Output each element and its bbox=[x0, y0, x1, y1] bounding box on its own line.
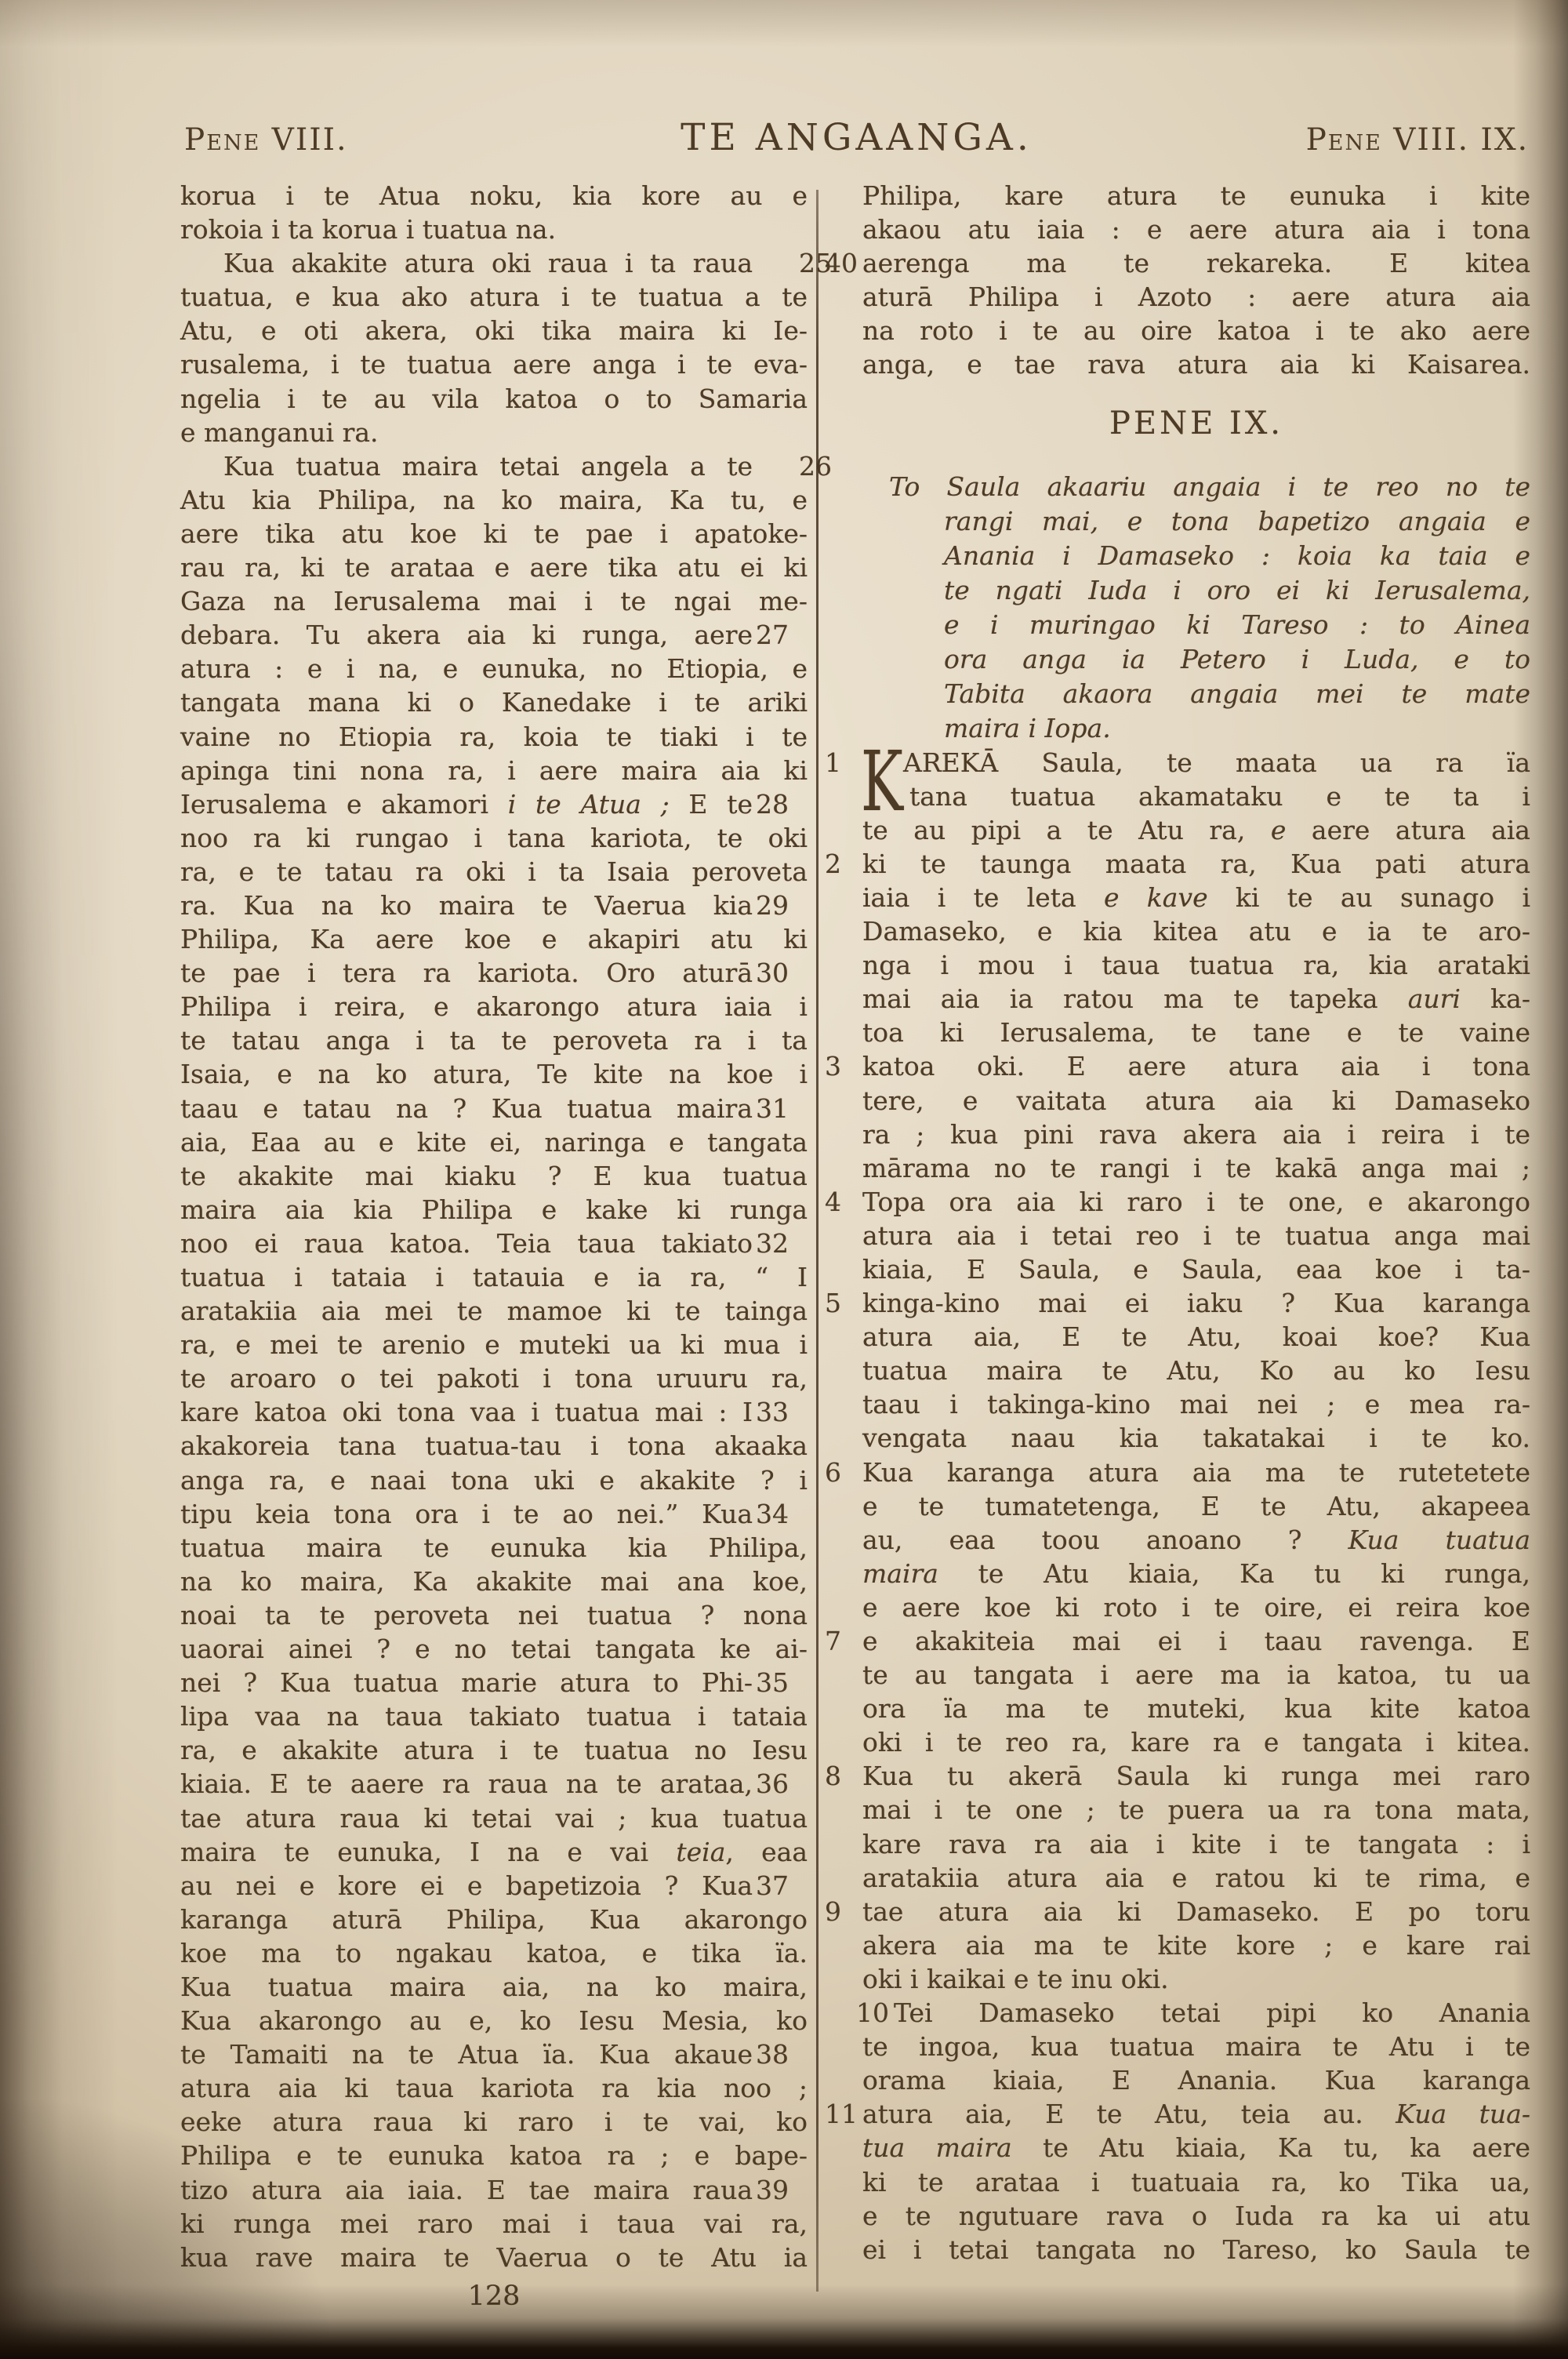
text-line: 30te pae i tera ra kariota. Oro aturā bbox=[180, 956, 808, 990]
text-line: 26Kua tuatua maira tetai angela a te bbox=[180, 449, 808, 483]
text-line: maira aia kia Philipa e kake ki runga bbox=[180, 1193, 808, 1227]
text-line: te akakite mai kiaku ? E kua tuatua bbox=[180, 1159, 808, 1193]
text-line: na ko maira, Ka akakite mai ana koe, bbox=[180, 1565, 808, 1598]
text-line: ora ïa ma te muteki, kua kite katoa bbox=[825, 1692, 1530, 1725]
verse-number: 5 bbox=[825, 1286, 861, 1320]
text-line: 9tae atura aia ki Damaseko. E po toru bbox=[825, 1895, 1530, 1928]
text-line: 3katoa oki. E aere atura aia i tona bbox=[825, 1049, 1530, 1083]
text-line: Philipa, kare atura te eunuka i kite bbox=[825, 179, 1530, 213]
text-line: ra, e te tatau ra oki i ta Isaia perovet… bbox=[180, 855, 808, 889]
text-line: 6Kua karanga atura aia ma te rutetetete bbox=[825, 1456, 1530, 1489]
verse-number: 39 bbox=[756, 2173, 808, 2207]
top-edge-shadow bbox=[0, 0, 1568, 47]
text-line: atura aia ki taua kariota ra kia noo ; bbox=[180, 2071, 808, 2105]
text-line: vengata naau kia takatakai i te ko. bbox=[825, 1421, 1530, 1455]
text-line: na roto i te au oire katoa i te ako aere bbox=[825, 314, 1530, 347]
text-line: akaou atu iaia : e aere atura aia i tona bbox=[825, 213, 1530, 246]
text-line: akera aia ma te kite kore ; e kare rai bbox=[825, 1928, 1530, 1962]
text-line: rau ra, ki te arataa e aere tika atu ei … bbox=[180, 551, 808, 584]
text-line: korua i te Atua noku, kia kore au e bbox=[180, 179, 808, 213]
text-line: Tabita akaora angaia mei te mate bbox=[825, 677, 1530, 711]
text-line: To Saula akaariu angaia i te reo no te bbox=[825, 470, 1530, 504]
text-line: atura aia i tetai reo i te tuatua anga m… bbox=[825, 1219, 1530, 1252]
text-line: Atu, e oti akera, oki tika maira ki Ie- bbox=[180, 314, 808, 347]
verse-number: 4 bbox=[825, 1185, 861, 1219]
text-line: uaorai ainei ? e no tetai tangata ke ai- bbox=[180, 1632, 808, 1666]
right-column: Philipa, kare atura te eunuka i kiteakao… bbox=[825, 179, 1530, 2266]
text-line: 32noo ei raua katoa. Teia taua takiato bbox=[180, 1227, 808, 1260]
text-line: aere tika atu koe ki te pae i apatoke- bbox=[180, 517, 808, 551]
text-line: oki i kaikai e te inu oki. bbox=[825, 1962, 1530, 1996]
text-line: aratakiia atura aia e ratou ki te rima, … bbox=[825, 1861, 1530, 1895]
text-line: e te tumatetenga, E te Atu, akapeea bbox=[825, 1489, 1530, 1523]
text-line: Isaia, e na ko atura, Te kite na koe i bbox=[180, 1057, 808, 1091]
text-line: karanga aturā Philipa, Kua akarongo bbox=[180, 1903, 808, 1936]
text-line: tuatua maira te eunuka kia Philipa, bbox=[180, 1531, 808, 1565]
text-line: 1AREKĀ Saula, te maata ua ra ïa bbox=[825, 746, 1530, 780]
text-line: Kua tuatua maira aia, na ko maira, bbox=[180, 1970, 808, 2004]
text-line: 40aerenga ma te rekareka. E kitea bbox=[825, 246, 1530, 280]
text-line: atura : e i na, e eunuka, no Etiopia, e bbox=[180, 652, 808, 685]
text-line: 39tizo atura aia iaia. E tae maira raua bbox=[180, 2173, 808, 2207]
text-line: ki runga mei raro mai i taua vai ra, bbox=[180, 2207, 808, 2241]
text-line: tua maira te Atu kiaia, Ka tu, ka aere bbox=[825, 2131, 1530, 2165]
text-line: 8Kua tu akerā Saula ki runga mei raro bbox=[825, 1759, 1530, 1793]
text-line: orama kiaia, E Anania. Kua karanga bbox=[825, 2063, 1530, 2097]
column-divider bbox=[816, 190, 818, 2292]
text-line: 4Topa ora aia ki raro i te one, e akaron… bbox=[825, 1185, 1530, 1219]
verse-number: 30 bbox=[756, 956, 808, 990]
text-line: tere, e vaitata atura aia ki Damaseko bbox=[825, 1084, 1530, 1118]
text-line: 7e akakiteia mai ei i taau ravenga. E bbox=[825, 1624, 1530, 1658]
verse-number: 36 bbox=[756, 1767, 808, 1801]
text-line: maira te Atu kiaia, Ka tu ki runga, bbox=[825, 1557, 1530, 1590]
text-line: nga i mou i taua tuatua ra, kia arataki bbox=[825, 948, 1530, 982]
verse-number: 33 bbox=[756, 1395, 808, 1429]
text-line: Anania i Damaseko : koia ka taia e bbox=[825, 539, 1530, 573]
text-line: apinga tini nona ra, i aere maira aia ki bbox=[180, 754, 808, 787]
text-line: tuatua maira te Atu, Ko au ko Iesu bbox=[825, 1354, 1530, 1387]
text-line: atura aia, E te Atu, koai koe? Kua bbox=[825, 1320, 1530, 1354]
gutter-shadow bbox=[0, 0, 118, 2359]
text-line: maira i Iopa. bbox=[825, 711, 1530, 746]
text-line: mai i te one ; te puera ua ra tona mata, bbox=[825, 1793, 1530, 1826]
text-line: Gaza na Ierusalema mai i te ngai me- bbox=[180, 584, 808, 618]
verse-number: 7 bbox=[825, 1624, 861, 1658]
verse-number: 11 bbox=[825, 2097, 861, 2131]
verse-number: 9 bbox=[825, 1895, 861, 1928]
text-line: Philipa, Ka aere koe e akapiri atu ki bbox=[180, 922, 808, 956]
text-line: 5kinga-kino mai ei iaku ? Kua karanga bbox=[825, 1286, 1530, 1320]
text-line: te ingoa, kua tuatua maira te Atu i te bbox=[825, 2030, 1530, 2063]
verse-number: 26 bbox=[756, 449, 808, 483]
text-line: Damaseko, e kia kitea atu e ia te aro- bbox=[825, 914, 1530, 948]
text-line: ngelia i te au vila katoa o to Samaria bbox=[180, 382, 808, 416]
text-line: 27debara. Tu akera aia ki runga, aere bbox=[180, 618, 808, 652]
right-column-verse-body: K 1AREKĀ Saula, te maata ua ra ïatana tu… bbox=[825, 746, 1530, 2266]
text-line: tangata mana ki o Kanedake i te ariki bbox=[180, 685, 808, 719]
text-line: noo ra ki rungao i tana kariota, te oki bbox=[180, 821, 808, 855]
running-header: Pene VIII. TE ANGAANGA. Pene VIII. IX. bbox=[184, 116, 1529, 159]
text-line: 33kare katoa oki tona vaa i tuatua mai :… bbox=[180, 1395, 808, 1429]
text-line: ei i tetai tangata no Tareso, ko Saula t… bbox=[825, 2233, 1530, 2266]
verse-number: 29 bbox=[756, 889, 808, 922]
text-line: rangi mai, e tona bapetizo angaia e bbox=[825, 504, 1530, 539]
text-line: akakoreia tana tuatua-tau i tona akaaka bbox=[180, 1429, 808, 1463]
text-line: Philipa i reira, e akarongo atura iaia i bbox=[180, 990, 808, 1023]
text-line: ra ; kua pini rava akera aia i reira i t… bbox=[825, 1118, 1530, 1151]
text-line: 38te Tamaiti na te Atua ïa. Kua akaue bbox=[180, 2037, 808, 2071]
text-line: te tatau anga i ta te peroveta ra i ta bbox=[180, 1023, 808, 1057]
text-line: tae atura raua ki tetai vai ; kua tuatua bbox=[180, 1801, 808, 1835]
verse-number: 2 bbox=[825, 847, 861, 881]
text-line: 11atura aia, E te Atu, teia au. Kua tua- bbox=[825, 2097, 1530, 2131]
text-line: aia, Eaa au e kite ei, naringa e tangata bbox=[180, 1125, 808, 1159]
text-line: ra, e akakite atura i te tuatua no Iesu bbox=[180, 1733, 808, 1767]
text-line: rusalema, i te tuatua aere anga i te eva… bbox=[180, 347, 808, 381]
text-line: e manganui ra. bbox=[180, 416, 808, 449]
text-line: au, eaa toou anoano ? Kua tuatua bbox=[825, 1523, 1530, 1557]
text-line: ki te arataa i tuatuaia ra, ko Tika ua, bbox=[825, 2165, 1530, 2199]
text-line: 34tipu keia tona ora i te ao nei.” Kua bbox=[180, 1497, 808, 1531]
text-line: 31taau e tatau na ? Kua tuatua maira bbox=[180, 1092, 808, 1125]
page-number: 128 bbox=[180, 2279, 808, 2314]
verse-number: 10 bbox=[825, 1996, 861, 2030]
text-line: e te ngutuare rava o Iuda ra ka ui atu bbox=[825, 2199, 1530, 2233]
text-line: e aere koe ki roto i te oire, ei reira k… bbox=[825, 1590, 1530, 1624]
text-line: aturā Philipa i Azoto : aere atura aia bbox=[825, 280, 1530, 314]
verse-number: 40 bbox=[825, 246, 861, 280]
text-line: taau i takinga-kino mai nei ; e mea ra- bbox=[825, 1387, 1530, 1421]
verse-number: 37 bbox=[756, 1869, 808, 1903]
text-line: anga, e tae rava atura aia ki Kaisarea. bbox=[825, 347, 1530, 381]
verse-number: 32 bbox=[756, 1227, 808, 1260]
text-line: eeke atura raua ki raro i te vai, ko bbox=[180, 2105, 808, 2139]
text-line: te au tangata i aere ma ia katoa, tu ua bbox=[825, 1658, 1530, 1692]
text-line: ora anga ia Petero i Luda, e to bbox=[825, 642, 1530, 677]
text-line: e i muringao ki Tareso : to Ainea bbox=[825, 608, 1530, 642]
verse-number: 27 bbox=[756, 618, 808, 652]
verse-number: 25 bbox=[756, 246, 808, 280]
text-line: mai aia ia ratou ma te tapeka auri ka- bbox=[825, 982, 1530, 1016]
text-line: tana tuatua akamataku e te ta i bbox=[825, 780, 1530, 813]
text-line: tuatua, e kua ako atura i te tuatua a te bbox=[180, 280, 808, 314]
text-line: 36kiaia. E te aaere ra raua na te arataa… bbox=[180, 1767, 808, 1801]
text-line: koe ma to ngakau katoa, e tika ïa. bbox=[180, 1936, 808, 1970]
verse-number: 28 bbox=[756, 787, 808, 821]
text-line: kare rava ra aia i kite i te tangata : i bbox=[825, 1827, 1530, 1861]
left-column: korua i te Atua noku, kia kore au erokoi… bbox=[180, 179, 808, 2274]
text-line: iaia i te leta e kave ki te au sunago i bbox=[825, 881, 1530, 914]
verse-number: 8 bbox=[825, 1759, 861, 1793]
text-line: 2ki te taunga maata ra, Kua pati atura bbox=[825, 847, 1530, 881]
text-line: Philipa e te eunuka katoa ra ; e bape- bbox=[180, 2139, 808, 2172]
header-book-title: TE ANGAANGA. bbox=[681, 116, 1033, 159]
text-line: mārama no te rangi i te kakā anga mai ; bbox=[825, 1151, 1530, 1185]
text-line: rokoia i ta korua i tuatua na. bbox=[180, 213, 808, 246]
text-line: oki i te reo ra, kare ra e tangata i kit… bbox=[825, 1725, 1530, 1759]
verse-number: 34 bbox=[756, 1497, 808, 1531]
verse-number: 1 bbox=[825, 746, 861, 780]
text-line: 29ra. Kua na ko maira te Vaerua kia bbox=[180, 889, 808, 922]
text-line: 37au nei e kore ei e bapetizoia ? Kua bbox=[180, 1869, 808, 1903]
text-line: tuatua i tataia i tatauia e ia ra, “ I bbox=[180, 1260, 808, 1294]
text-line: ra, e mei te arenio e muteki ua ki mua i bbox=[180, 1328, 808, 1361]
header-chapter-right: Pene VIII. IX. bbox=[1033, 122, 1529, 158]
text-line: 28Ierusalema e akamori i te Atua ; E te bbox=[180, 787, 808, 821]
header-chapter-left: Pene VIII. bbox=[184, 122, 681, 158]
text-line: Kua akarongo au e, ko Iesu Mesia, ko bbox=[180, 2004, 808, 2037]
book-page-scan: Pene VIII. TE ANGAANGA. Pene VIII. IX. k… bbox=[0, 0, 1568, 2359]
text-line: Atu kia Philipa, na ko maira, Ka tu, e bbox=[180, 483, 808, 517]
verse-number: 31 bbox=[756, 1092, 808, 1125]
right-column-verses-top: Philipa, kare atura te eunuka i kiteakao… bbox=[825, 179, 1530, 382]
verse-number: 6 bbox=[825, 1456, 861, 1489]
text-line: noai ta te peroveta nei tuatua ? nona bbox=[180, 1598, 808, 1632]
text-line: lipa vaa na taua takiato tuatua i tataia bbox=[180, 1699, 808, 1733]
text-line: 10Tei Damaseko tetai pipi ko Anania bbox=[825, 1996, 1530, 2030]
text-line: te ngati Iuda i oro ei ki Ierusalema, bbox=[825, 573, 1530, 608]
verse-number: 38 bbox=[756, 2037, 808, 2071]
chapter-summary: To Saula akaariu angaia i te reo no tera… bbox=[825, 470, 1530, 746]
text-line: anga ra, e naai tona uki e akakite ? i bbox=[180, 1463, 808, 1497]
text-line: 25Kua akakite atura oki raua i ta raua bbox=[180, 246, 808, 280]
text-line: kiaia, E Saula, e Saula, eaa koe i ta- bbox=[825, 1252, 1530, 1286]
text-line: toa ki Ierusalema, te tane e te vaine bbox=[825, 1016, 1530, 1049]
text-line: te aroaro o tei pakoti i tona uruuru ra, bbox=[180, 1361, 808, 1395]
text-line: te au pipi a te Atu ra, e aere atura aia bbox=[825, 813, 1530, 847]
verse-number: 35 bbox=[756, 1666, 808, 1699]
text-line: kua rave maira te Vaerua o te Atu ia bbox=[180, 2241, 808, 2274]
verse-number: 3 bbox=[825, 1049, 861, 1083]
chapter-heading: PENE IX. bbox=[825, 404, 1530, 443]
text-line: vaine no Etiopia ra, koia te tiaki i te bbox=[180, 720, 808, 754]
text-line: maira te eunuka, I na e vai teia, eaa bbox=[180, 1835, 808, 1869]
text-line: 35nei ? Kua tuatua marie atura to Phi- bbox=[180, 1666, 808, 1699]
text-line: aratakiia aia mei te mamoe ki te tainga bbox=[180, 1294, 808, 1328]
